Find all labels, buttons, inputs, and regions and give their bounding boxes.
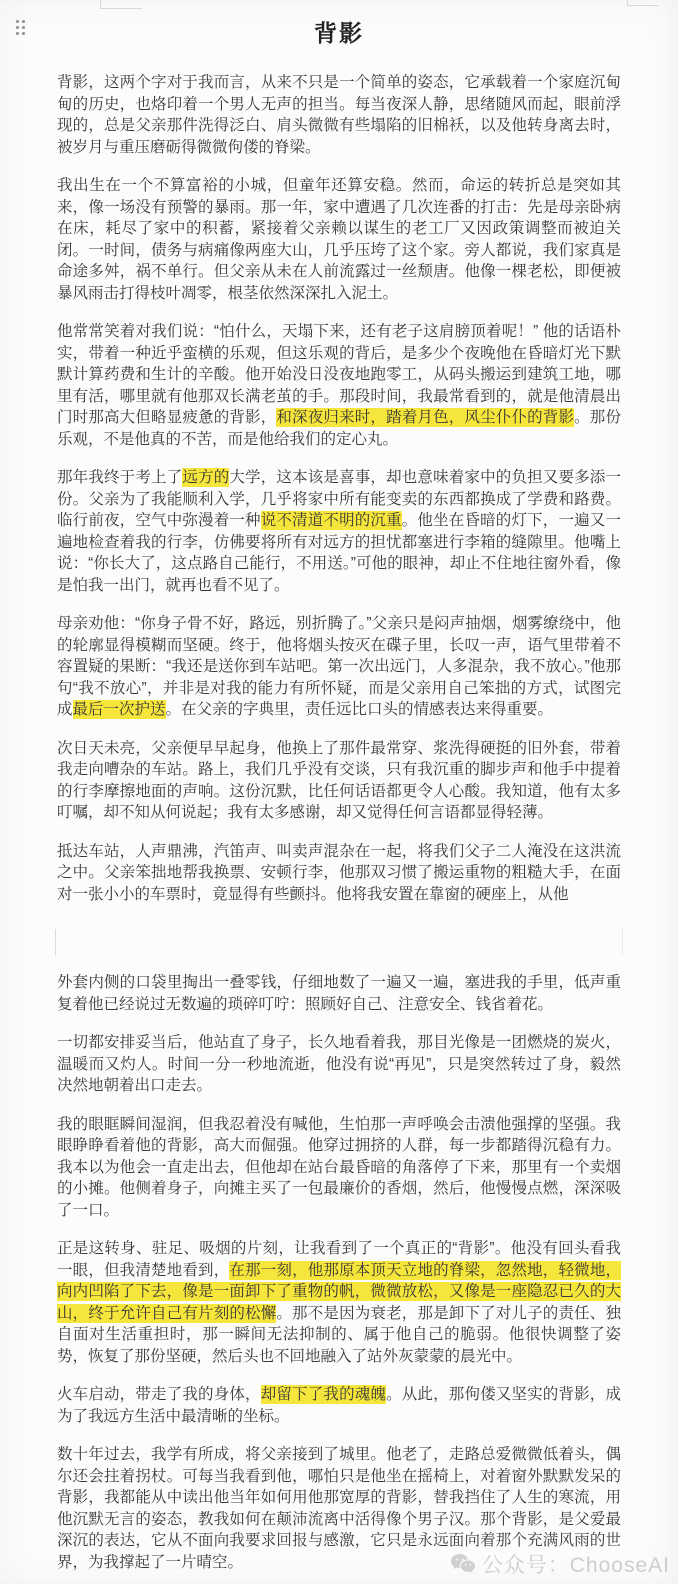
text-segment: 那年我终于考上了 (57, 469, 182, 486)
text-segment: 一切都安排妥当后，他站直了身子，长久地看着我，那目光像是一团燃烧的炭火，温暖而又… (57, 1034, 621, 1094)
paragraph: 次日天未亮，父亲便早早起身，他换上了那件最常穿、浆洗得硬挺的旧外套，带着我走向嘈… (57, 738, 621, 824)
text-segment: 火车启动，带走了我的身体， (57, 1386, 261, 1403)
paragraph: 母亲劝他：“你身子骨不好，路远，别折腾了。”父亲只是闷声抽烟，烟雾缭绕中，他的轮… (57, 613, 621, 721)
text-segment: 。在父亲的字典里，责任远比口头的情感表达来得重要。 (166, 701, 554, 718)
document-body: 背影，这两个字对于我而言，从来不只是一个简单的姿态，它承载着一个家庭沉甸甸的历史… (57, 72, 621, 1573)
highlighted-text: 和深夜归来时，踏着月色，风尘仆仆的背影 (276, 408, 574, 427)
paragraph: 背影，这两个字对于我而言，从来不只是一个简单的姿态，它承载着一个家庭沉甸甸的历史… (57, 72, 621, 158)
paragraph: 外套内侧的口袋里掏出一叠零钱，仔细地数了一遍又一遍，塞进我的手里，低声重复着他已… (57, 972, 621, 1015)
paragraph: 他常常笑着对我们说：“怕什么，天塌下来，还有老子这肩膀顶着呢！” 他的话语朴实，… (57, 321, 621, 450)
paragraph: 正是这转身、驻足、吸烟的片刻，让我看到了一个真正的“背影”。他没有回头看我一眼，… (57, 1238, 621, 1367)
paragraph: 一切都安排妥当后，他站直了身子，长久地看着我，那目光像是一团燃烧的炭火，温暖而又… (57, 1032, 621, 1097)
text-segment: 我出生在一个不算富裕的小城，但童年还算安稳。然而，命运的转折总是突如其来，像一场… (57, 177, 621, 302)
paragraph: 我的眼眶瞬间湿润，但我忍着没有喊他，生怕那一声呼唤会击溃他强撑的坚强。我眼睁睁看… (57, 1114, 621, 1222)
paragraph: 那年我终于考上了远方的大学，这本该是喜事，却也意味着家中的负担又要多添一份。父亲… (57, 467, 621, 596)
paragraph: 我出生在一个不算富裕的小城，但童年还算安稳。然而，命运的转折总是突如其来，像一场… (57, 175, 621, 304)
highlighted-text: 远方的 (182, 468, 229, 487)
text-segment: 次日天未亮，父亲便早早起身，他换上了那件最常穿、浆洗得硬挺的旧外套，带着我走向嘈… (57, 740, 621, 822)
paragraph: 火车启动，带走了我的身体，却留下了我的魂魄。从此，那佝偻又坚实的背影，成为了我远… (57, 1384, 621, 1427)
text-segment: 抵达车站，人声鼎沸，汽笛声、叫卖声混杂在一起，将我们父子二人淹没在这洪流之中。父… (57, 843, 621, 903)
margin-mark-left-line (100, 8, 142, 9)
margin-mark-right-line (627, 5, 659, 6)
highlighted-text: 最后一次护送 (73, 700, 166, 719)
highlighted-text: 说不清道不明的沉重 (261, 511, 402, 530)
highlighted-text: 却留下了我的魂魄 (261, 1385, 386, 1404)
drag-handle-icon[interactable] (13, 17, 28, 38)
text-segment: 外套内侧的口袋里掏出一叠零钱，仔细地数了一遍又一遍，塞进我的手里，低声重复着他已… (57, 974, 621, 1013)
paragraph: 抵达车站，人声鼎沸，汽笛声、叫卖声混杂在一起，将我们父子二人淹没在这洪流之中。父… (57, 841, 621, 906)
document-page: 背影 背影，这两个字对于我而言，从来不只是一个简单的姿态，它承载着一个家庭沉甸甸… (0, 0, 678, 1584)
text-segment: 数十年过去，我学有所成，将父亲接到了城里。他老了，走路总爱微微低着头，偶尔还会拄… (57, 1446, 621, 1571)
paragraph: 数十年过去，我学有所成，将父亲接到了城里。他老了，走路总爱微微低着头，偶尔还会拄… (57, 1444, 621, 1573)
text-segment: 我的眼眶瞬间湿润，但我忍着没有喊他，生怕那一声呼唤会击溃他强撑的坚强。我眼睁睁看… (57, 1116, 621, 1219)
page-break (57, 922, 621, 962)
text-segment: 背影，这两个字对于我而言，从来不只是一个简单的姿态，它承载着一个家庭沉甸甸的历史… (57, 74, 621, 156)
